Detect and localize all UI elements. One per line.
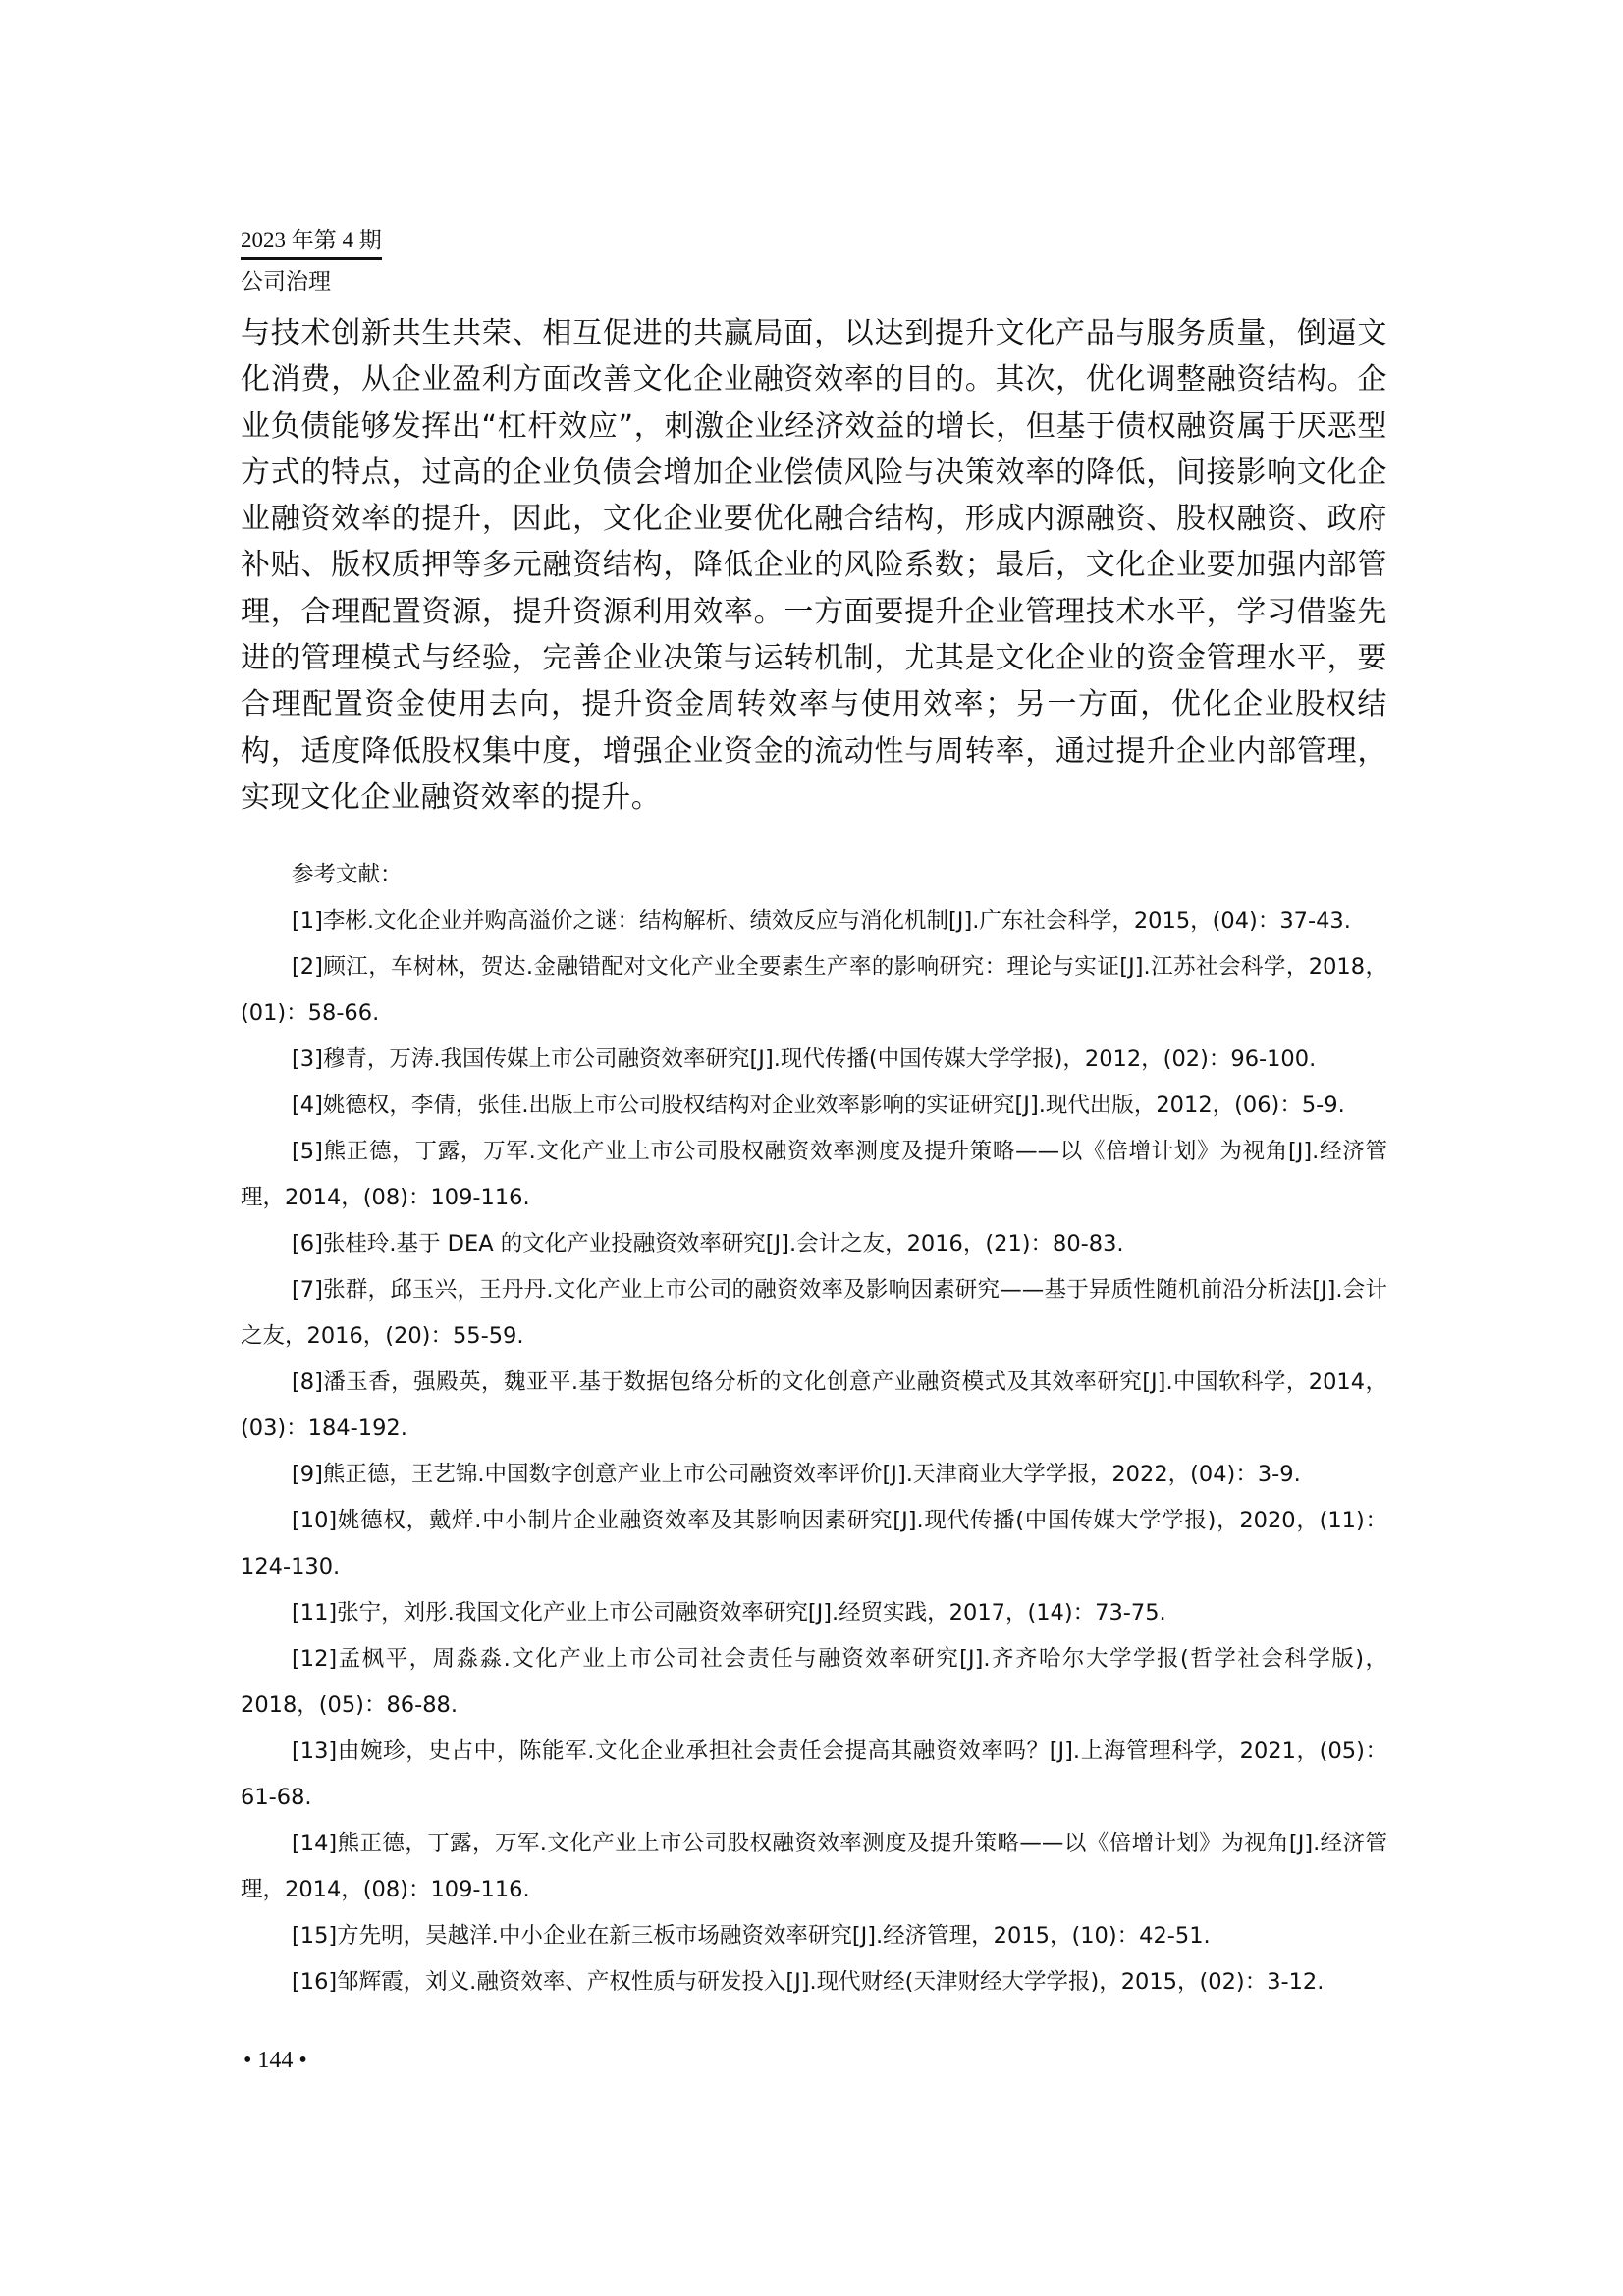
reference-item: [9]熊正德，王艺锦.中国数字创意产业上市公司融资效率评价[J].天津商业大学学… — [241, 1452, 1387, 1498]
reference-item: [8]潘玉香，强殿英，魏亚平.基于数据包络分析的文化创意产业融资模式及其效率研究… — [241, 1360, 1387, 1452]
reference-item: [11]张宁，刘彤.我国文化产业上市公司融资效率研究[J].经贸实践，2017，… — [241, 1590, 1387, 1636]
reference-item: [6]张桂玲.基于 DEA 的文化产业投融资效率研究[J].会计之友，2016，… — [241, 1221, 1387, 1267]
reference-item: [16]邹辉霞，刘义.融资效率、产权性质与研发投入[J].现代财经(天津财经大学… — [241, 1959, 1387, 2005]
reference-item: [14]熊正德，丁露，万军.文化产业上市公司股权融资效率测度及提升策略——以《倍… — [241, 1821, 1387, 1913]
journal-issue-header: 2023 年第 4 期 — [241, 226, 382, 260]
reference-item: [5]熊正德，丁露，万军.文化产业上市公司股权融资效率测度及提升策略——以《倍增… — [241, 1129, 1387, 1221]
reference-item: [4]姚德权，李倩，张佳.出版上市公司股权结构对企业效率影响的实证研究[J].现… — [241, 1083, 1387, 1129]
reference-item: [1]李彬.文化企业并购高溢价之谜：结构解析、绩效反应与消化机制[J].广东社会… — [241, 898, 1387, 944]
reference-item: [2]顾江，车树林，贺达.金融错配对文化产业全要素生产率的影响研究：理论与实证[… — [241, 944, 1387, 1037]
section-title: 公司治理 — [241, 267, 331, 296]
references-title: 参考文献： — [241, 852, 1387, 898]
reference-item: [13]由婉珍，史占中，陈能军.文化企业承担社会责任会提高其融资效率吗？[J].… — [241, 1729, 1387, 1821]
reference-item: [3]穆青，万涛.我国传媒上市公司融资效率研究[J].现代传播(中国传媒大学学报… — [241, 1037, 1387, 1083]
references-section: 参考文献： [1]李彬.文化企业并购高溢价之谜：结构解析、绩效反应与消化机制[J… — [241, 852, 1387, 2005]
reference-item: [7]张群，邱玉兴，王丹丹.文化产业上市公司的融资效率及影响因素研究——基于异质… — [241, 1267, 1387, 1360]
page-number: • 144 • — [243, 2048, 307, 2074]
body-paragraph: 与技术创新共生共荣、相互促进的共赢局面，以达到提升文化产品与服务质量，倒逼文化消… — [241, 310, 1387, 821]
reference-item: [12]孟枫平，周淼淼.文化产业上市公司社会责任与融资效率研究[J].齐齐哈尔大… — [241, 1636, 1387, 1729]
reference-item: [15]方先明，吴越洋.中小企业在新三板市场融资效率研究[J].经济管理，201… — [241, 1913, 1387, 1959]
reference-item: [10]姚德权，戴烊.中小制片企业融资效率及其影响因素研究[J].现代传播(中国… — [241, 1498, 1387, 1590]
